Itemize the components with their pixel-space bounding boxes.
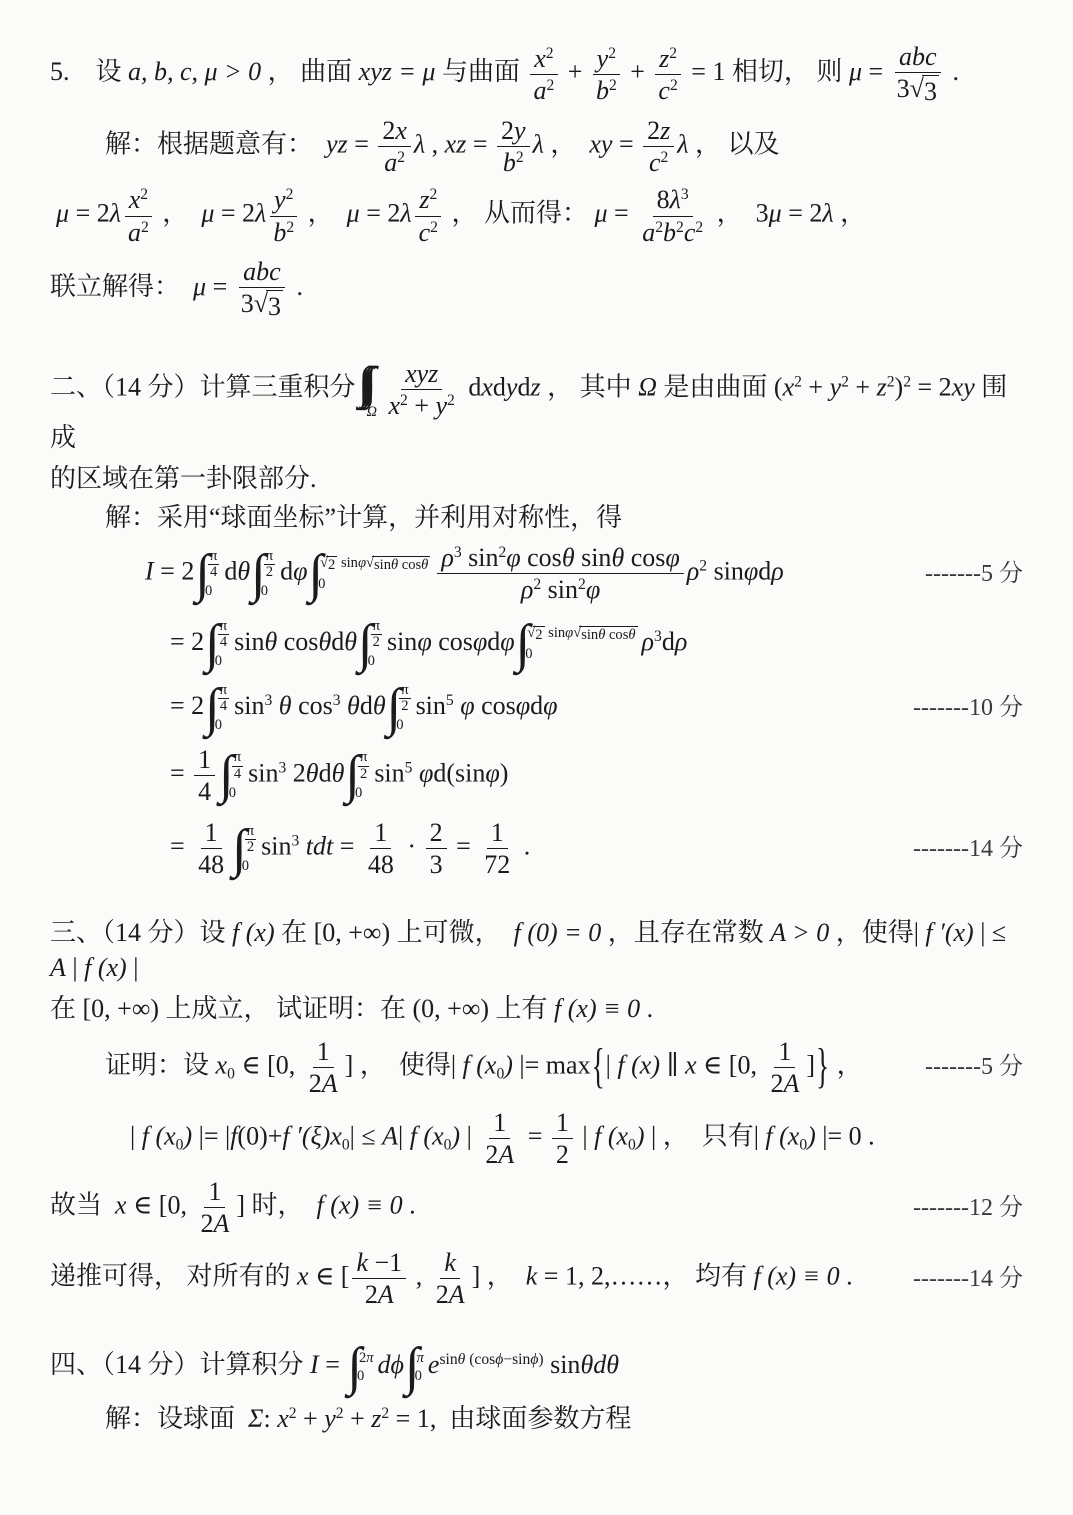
integral-sign: ∫π20 [358,619,386,669]
integral-sign: ∫π40 [205,619,233,669]
q2-problem-line-2: 的区域在第一卦限部分. [50,461,1023,496]
fraction: 2zc2 [643,116,674,177]
integral-sign: ∫√2 sinφ√sinθ cosθ0 [308,550,433,598]
q3-problem-line-1: 三、（14 分）设 f (x) 在 [0, +∞) 上可微， f (0) = 0… [50,915,1023,985]
integral-sign: ∫2π0 [347,1343,376,1391]
q4-problem: 四、（14 分）计算积分 I = ∫2π0dϕ∫π0esinθ (cosϕ−si… [50,1343,1023,1391]
score-mark: -------12 分 [913,1191,1023,1223]
fraction: π2 [371,619,382,651]
score-mark: -------5 分 [925,1051,1023,1083]
score-mark: -------14 分 [913,832,1023,864]
fraction: π4 [208,549,219,581]
fraction: 12 [552,1108,573,1169]
fraction: k2A [432,1248,469,1309]
fraction: 14 [194,745,215,806]
fraction: x2a2 [124,185,153,246]
q2-step-5: -------14 分= 148∫π20sin3 tdt = 148 · 23 … [50,818,1023,879]
fraction: 2yb2 [497,116,530,177]
fraction: 23 [426,818,447,879]
q5-solution-step-1: 解：根据题意有： yz = 2xa2λ , xz = 2yb2λ ， xy = … [50,116,1023,177]
fraction: abc3√3 [893,42,943,106]
integral-sign: ∫π20 [232,824,260,874]
fraction: 12A [196,1177,233,1238]
fraction: π4 [218,683,229,715]
integral-sign: ∫π40 [205,683,233,733]
fraction: 148 [194,818,228,879]
q2-solution-intro: 解：采用“球面坐标”计算，并利用对称性，得 [50,500,1023,535]
fraction: z2c2 [654,44,681,105]
q3-proof-step-4: -------14 分递推可得， 对所有的 x ∈ [k −12A , k2A]… [50,1248,1023,1309]
q2-step-2: = 2∫π40sinθ cosθdθ∫π20sinφ cosφdφ∫√2 sin… [50,619,1023,669]
q3-proof-step-3: -------12 分故当 x ∈ [0, 12A] 时， f (x) ≡ 0 … [50,1177,1023,1238]
integral-sign: ∫π20 [345,750,373,800]
radical-sign: √2 [320,556,337,573]
q2-problem-line-1: 二、（14 分）计算三重积分 ∫∫∫Ωxyzx2 + y2 dxdydz ， 其… [50,359,1023,455]
fraction: π2 [245,824,256,856]
radical-sign: √3 [254,290,283,321]
radical-sign: √2 [527,626,544,643]
integral-sign: ∫π40 [219,750,247,800]
q2-step-3: -------10 分= 2∫π40sin3 θ cos3 θdθ∫π20sin… [50,683,1023,733]
fraction: 148 [364,818,398,879]
q5-solution-step-2: μ = 2λx2a2 ， μ = 2λy2b2 ， μ = 2λz2c2 ， 从… [50,185,1023,246]
score-mark: -------5 分 [925,558,1023,590]
solution-document-page: 5. 设 a, b, c, μ > 0 ， 曲面 xyz = μ 与曲面 x2a… [0,0,1073,1515]
fraction: 12A [305,1037,342,1098]
fraction: π4 [232,750,243,782]
fraction: y2b2 [269,185,298,246]
q2-step-1: -------5 分I = 2∫π40dθ∫π20dφ∫√2 sinφ√sinθ… [50,543,1023,604]
integral-sign: ∫π0 [405,1343,427,1391]
fraction: π2 [264,549,275,581]
fraction: 12A [766,1037,803,1098]
fraction: abc3√3 [237,257,287,321]
integral-sign: ∫π40 [195,549,223,599]
fraction: xyzx2 + y2 [384,359,458,420]
fraction: 2xa2 [378,116,411,177]
radical-sign: √sinθ cosθ [366,556,430,573]
fraction: k −12A [352,1248,406,1309]
fraction: π4 [218,619,229,651]
document-body: 5. 设 a, b, c, μ > 0 ， 曲面 xyz = μ 与曲面 x2a… [50,42,1023,1436]
q5-statement: 5. 设 a, b, c, μ > 0 ， 曲面 xyz = μ 与曲面 x2a… [50,42,1023,106]
radical-sign: √sinθ cosθ [573,626,637,643]
score-mark: -------14 分 [913,1263,1023,1295]
triple-integral-sign: ∫∫∫Ω [364,360,379,419]
fraction: z2c2 [415,185,442,246]
fraction: 8λ3a2b2c2 [638,185,707,246]
q2-step-4: = 14∫π40sin3 2θdθ∫π20sin5 φd(sinφ) [50,745,1023,806]
fraction: 172 [480,818,514,879]
fraction: π2 [399,683,410,715]
fraction: x2a2 [529,44,558,105]
q3-proof-step-1: -------5 分证明：设 x0 ∈ [0, 12A] ， 使得| f (x0… [50,1037,1023,1098]
integral-sign: ∫π20 [251,549,279,599]
integral-sign: ∫π20 [387,683,415,733]
radical-sign: √3 [910,75,939,106]
score-mark: -------10 分 [913,692,1023,724]
fraction: 12A [481,1108,518,1169]
q4-solution-intro: 解：设球面 Σ: x2 + y2 + z2 = 1, 由球面参数方程 [50,1401,1023,1436]
q3-problem-line-2: 在 [0, +∞) 上成立， 试证明：在 (0, +∞) 上有 f (x) ≡ … [50,991,1023,1026]
q3-proof-step-2: | f (x0) |= |f(0)+f ′(ξ)x0| ≤ A| f (x0) … [50,1108,1023,1169]
integral-sign: ∫√2 sinφ√sinθ cosθ0 [516,620,641,668]
fraction: π2 [358,750,369,782]
q5-solution-step-3: 联立解得： μ = abc3√3 . [50,257,1023,321]
fraction: ρ3 sin2φ cosθ sinθ cosφρ2 sin2φ [437,543,683,604]
fraction: y2b2 [592,44,621,105]
